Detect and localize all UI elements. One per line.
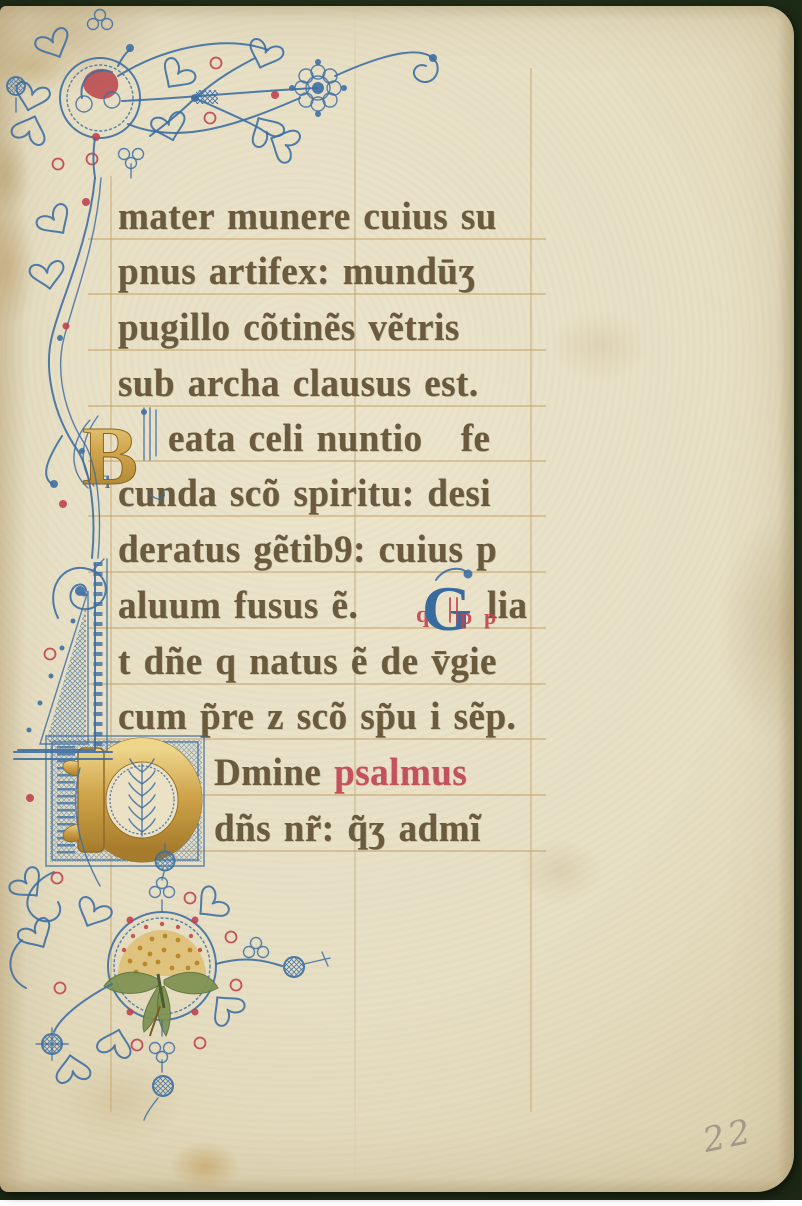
ruled-line [88, 238, 546, 240]
ruled-line [88, 349, 546, 351]
manuscript-line: sub archa clausus est. [118, 359, 479, 410]
manuscript-line: eata celi nuntio fe [168, 414, 490, 465]
text-segment: cum p̃re z scõ sp̃u i sẽp. [118, 695, 516, 738]
ruled-line [88, 850, 546, 852]
ruled-line [88, 515, 546, 517]
text-segment: mater munere cuius su [118, 195, 497, 238]
ruled-line [88, 683, 546, 685]
manuscript-page: mater munere cuius supnus artifex: mundū… [0, 6, 794, 1192]
text-segment: cunda scõ spiritu: desi [118, 472, 491, 515]
text-segment: Dmine [214, 751, 334, 794]
ruled-line [88, 293, 546, 295]
ruled-line [88, 405, 546, 407]
text-block: mater munere cuius supnus artifex: mundū… [0, 6, 794, 1192]
manuscript-line: mater munere cuius su [118, 192, 497, 243]
manuscript-line: dñs nr̃: q̃ʒ admĩ [214, 804, 481, 855]
manuscript-line: t dñe q natus ẽ de v̄gie [118, 637, 497, 688]
text-segment: psalmus [334, 751, 467, 794]
ruled-line [88, 460, 546, 462]
text-segment: lia [487, 584, 528, 627]
manuscript-line: cum p̃re z scõ sp̃u i sẽp. [118, 692, 516, 743]
ruled-line [88, 794, 546, 796]
manuscript-line: deratus gẽtib9: cuius p [118, 525, 497, 576]
ruled-line [88, 627, 546, 629]
text-segment: deratus gẽtib9: cuius p [118, 528, 497, 571]
text-segment: pugillo cõtinẽs vẽtris [118, 306, 460, 349]
text-segment: t dñe q natus ẽ de v̄gie [118, 640, 497, 683]
text-segment: sub archa clausus est. [118, 362, 479, 405]
text-segment: pnus artifex: mundūʒ [118, 250, 476, 293]
text-segment: eata celi nuntio fe [168, 417, 490, 460]
text-segment: aluum fusus ẽ. [118, 584, 358, 627]
ruled-line [88, 571, 546, 573]
manuscript-line: pugillo cõtinẽs vẽtris [118, 303, 460, 354]
manuscript-line: lia [487, 581, 528, 632]
ruled-line [88, 738, 546, 740]
manuscript-line: Dmine psalmus [214, 748, 467, 799]
manuscript-line: pnus artifex: mundūʒ [118, 247, 476, 298]
text-segment: dñs nr̃: q̃ʒ admĩ [214, 807, 481, 850]
manuscript-line: cunda scõ spiritu: desi [118, 469, 491, 520]
manuscript-line: aluum fusus ẽ. [118, 581, 358, 632]
